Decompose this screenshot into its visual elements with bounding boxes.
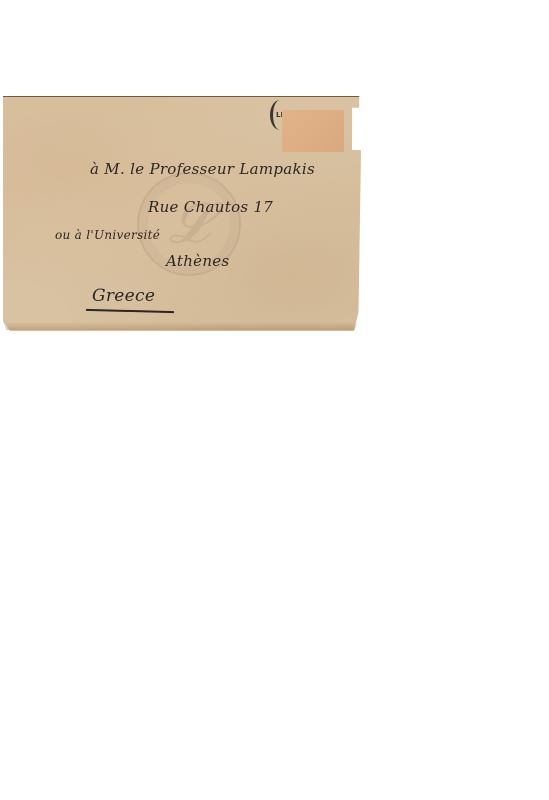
address-alternate: ou à l'Université <box>55 228 160 242</box>
removed-stamp-patch <box>282 110 344 152</box>
address-city: Athènes <box>166 252 229 270</box>
envelope-worn-edge <box>3 322 358 330</box>
address-street: Rue Chautos 17 <box>148 198 273 216</box>
address-country: Greece <box>92 286 155 306</box>
address-recipient: à M. le Professeur Lampakis <box>90 160 315 178</box>
